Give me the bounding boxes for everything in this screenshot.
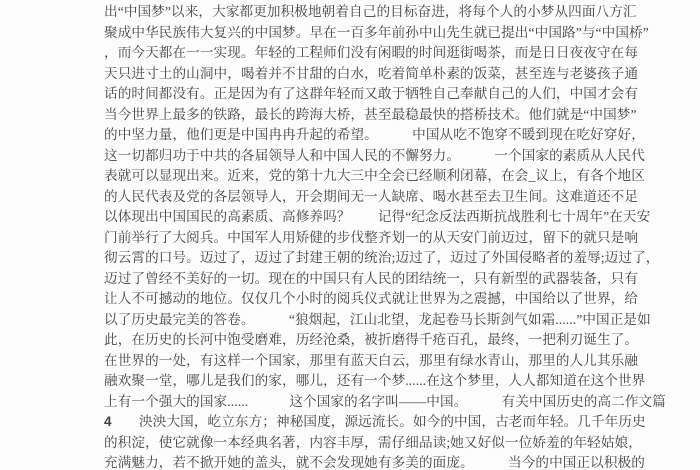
essay-line: 天只进寸土的山洞中，喝着并不甘甜的白水，吃着简单朴素的饭菜，甚至连与老婆孩子通 (104, 64, 626, 85)
essay-line: 彻云霄的口号。迈过了，迈过了封建王朝的统治;迈过了，迈过了外国侵略者的羞辱;迈过… (104, 248, 626, 269)
essay-line: 这一切都归功于中共的各届领导人和中国人民的不懈努力。 一个国家的素质从人民代 (104, 146, 626, 167)
essay-line: 的中坚力量，他们更是中国冉冉升起的希望。 中国从吃不饱穿不暖到现在吃好穿好， (104, 125, 626, 146)
essay-line: 以体现出中国国民的高素质、高修养吗？ 记得“纪念反法西斯抗战胜利七十周年”在天安 (104, 207, 626, 228)
essay-line: 以了历史最完美的答卷。 “狼烟起，江山北望，龙起卷马长斯剑气如霜......”中… (104, 310, 626, 331)
essay-line: 迈过了曾经不美好的一切。现在的中国只有人民的团结统一，只有新型的武器装备，只有 (104, 269, 626, 290)
essay-line: 4 泱泱大国，屹立东方；神秘国度，源远流长。如今的中国，古老而年轻。几千年历史 (104, 412, 626, 433)
essay-text-block: 出“中国梦”以来，大家都更加积极地朝着自己的目标奋进，将每个人的小梦从四面八方汇… (104, 2, 626, 470)
essay-line: 当今世界上最多的铁路，最长的跨海大桥，甚至最稳最快的搭桥技术。他们就是“中国梦” (104, 105, 626, 126)
essay-line: 表就可以显现出来。近来，党的第十九大三中全会已经顺利闭幕，在会_议上，有各个地区 (104, 166, 626, 187)
essay-line: 上有一个强大的国家...... 这个国家的名字叫——中国。 有关中国历史的高二作… (104, 392, 626, 413)
essay-line: 出“中国梦”以来，大家都更加积极地朝着自己的目标奋进，将每个人的小梦从四面八方汇 (104, 2, 626, 23)
essay-line: 融欢聚一堂，哪儿是我们的家，哪儿，还有一个梦......在这个梦里，人人都知道在… (104, 371, 626, 392)
essay-line: 此，在历史的长河中饱受磨难，历经沧桑，被折磨得千疮百孔，最终，一把利刃诞生了。 (104, 330, 626, 351)
document-page: 出“中国梦”以来，大家都更加积极地朝着自己的目标奋进，将每个人的小梦从四面八方汇… (0, 0, 700, 470)
essay-line: 的积淀，使它就像一本经典名著，内容丰厚，需仔细品读;她又好似一位娇羞的年轻姑娘， (104, 433, 626, 454)
essay-line: ，而今天都在一一实现。年轻的工程师们没有闲暇的时间逛街喝茶，而是日日夜夜守在每 (104, 43, 626, 64)
essay-line: 充满魅力，若不掀开她的盖头，就不会发现她有多美的面庞。 当今的中国正以积极的 (104, 453, 626, 470)
essay-line: 在世界的一处，有这样一个国家，那里有蓝天白云，那里有绿水青山，那里的人儿其乐融 (104, 351, 626, 372)
essay-line: 的人民代表及党的各层领导人，开会期间无一人缺席、喝水甚至去卫生间。这难道还不足 (104, 187, 626, 208)
essay-section-number: 4 (104, 414, 112, 429)
essay-line: 门前举行了大阅兵。中国军人用矫健的步伐整齐划一的从天安门前迈过，留下的就只是响 (104, 228, 626, 249)
essay-line: 让人不可撼动的地位。仅仅几个小时的阅兵仪式就让世界为之震撼，中国给以了世界，给 (104, 289, 626, 310)
essay-line: 话的时间都没有。正是因为有了这群年轻而又敢于牺牲自己奉献自己的人们，中国才会有 (104, 84, 626, 105)
essay-line: 聚成中华民族伟大复兴的中国梦。早在一百多年前孙中山先生就已提出“中国路”与“中国… (104, 23, 626, 44)
